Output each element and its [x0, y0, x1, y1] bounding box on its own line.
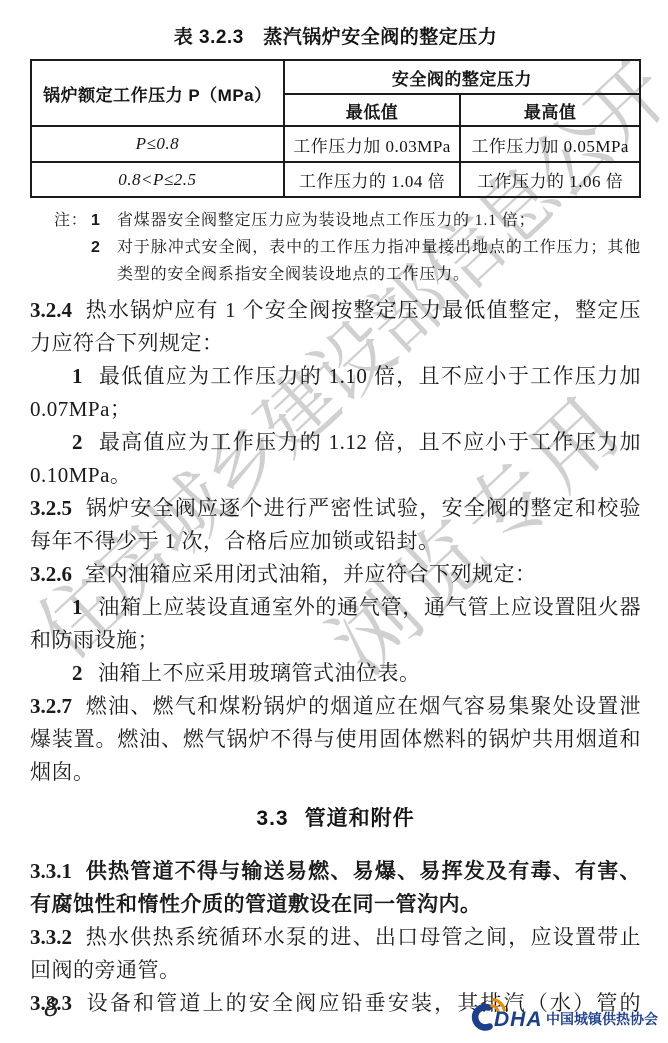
- clause-text: 供热管道不得与输送易燃、易爆、易挥发及有毒、有害、有腐蚀性和惰性介质的管道敷设在…: [30, 859, 641, 916]
- table-row: P≤0.8 工作压力加 0.03MPa 工作压力加 0.05MPa: [31, 126, 640, 162]
- table-header-rated-pressure: 锅炉额定工作压力 P（MPa）: [31, 60, 284, 126]
- clause-text: 燃油、燃气和煤粉锅炉的烟道应在烟气容易集聚处设置泄爆装置。燃油、燃气锅炉不得与使…: [30, 694, 641, 784]
- cell-min-value: 工作压力的 1.04 倍: [284, 162, 461, 197]
- table-note: 注： 1 省煤器安全阀整定压力应为装设地点工作压力的 1.1 倍；: [54, 207, 641, 234]
- cell-pressure-range: 0.8<P≤2.5: [31, 162, 284, 197]
- clause-3-2-6-item-2: 2油箱上不应采用玻璃管式油位表。: [30, 657, 641, 690]
- clause-number: 3.2.5: [30, 496, 72, 520]
- logo-c-mark: [475, 1007, 489, 1027]
- clause-3-2-4-item-1: 1最低值应为工作压力的 1.10 倍，且不应小于工作压力加 0.07MPa；: [30, 360, 641, 426]
- table-notes: 注： 1 省煤器安全阀整定压力应为装设地点工作压力的 1.1 倍； 2 对于脉冲…: [54, 207, 641, 288]
- clause-3-2-6: 3.2.6室内油箱应采用闭式油箱，并应符合下列规定：: [30, 558, 641, 591]
- cell-max-value: 工作压力的 1.06 倍: [460, 162, 640, 197]
- clause-3-2-4: 3.2.4热水锅炉应有 1 个安全阀按整定压力最低值整定，整定压力应符合下列规定…: [30, 294, 641, 360]
- item-text: 油箱上应装设直通室外的通气管，通气管上应设置阻火器和防雨设施；: [30, 595, 641, 652]
- section-title: 管道和附件: [305, 807, 415, 830]
- item-text: 油箱上不应采用玻璃管式油位表。: [98, 661, 421, 685]
- page-number: 8: [44, 994, 59, 1022]
- clause-text: 热水供热系统循环水泵的进、出口母管之间，应设置带止回阀的旁通管。: [30, 925, 641, 982]
- note-number: 1: [91, 207, 117, 234]
- page-content: 表 3.2.3 蒸汽锅炉安全阀的整定压力 锅炉额定工作压力 P（MPa） 安全阀…: [0, 0, 668, 1020]
- cell-pressure-range: P≤0.8: [31, 126, 284, 162]
- note-label: 注：: [54, 207, 91, 234]
- clauses-block: 3.2.4热水锅炉应有 1 个安全阀按整定压力最低值整定，整定压力应符合下列规定…: [30, 294, 641, 1020]
- clause-number: 3.3.2: [30, 925, 72, 949]
- item-text: 最高值应为工作压力的 1.12 倍，且不应小于工作压力加 0.10MPa。: [30, 430, 641, 487]
- clause-number: 3.2.4: [30, 298, 72, 322]
- clause-number: 3.3.1: [30, 859, 72, 883]
- item-number: 1: [72, 595, 83, 619]
- setting-pressure-table: 锅炉额定工作压力 P（MPa） 安全阀的整定压力 最低值 最高值 P≤0.8 工…: [30, 59, 641, 198]
- table-note: 2 对于脉冲式安全阀，表中的工作压力指冲量接出地点的工作压力；其他类型的安全阀系…: [54, 234, 641, 288]
- logo-abbr-text: DHA: [494, 1008, 543, 1031]
- section-heading-3-3: 3.3管道和附件: [30, 802, 641, 832]
- table-title: 表 3.2.3 蒸汽锅炉安全阀的整定压力: [30, 22, 641, 49]
- table-header-min: 最低值: [284, 94, 461, 126]
- document-page: 住房城乡建设部信息公开 浏览专用 表 3.2.3 蒸汽锅炉安全阀的整定压力 锅炉…: [0, 0, 668, 1043]
- clause-number: 3.2.7: [30, 694, 72, 718]
- item-number: 2: [72, 661, 83, 685]
- section-number: 3.3: [256, 807, 288, 830]
- clause-text: 热水锅炉应有 1 个安全阀按整定压力最低值整定，整定压力应符合下列规定：: [30, 298, 641, 355]
- logo-name-text: 中国城镇供热协会: [546, 1011, 658, 1027]
- note-text: 省煤器安全阀整定压力应为装设地点工作压力的 1.1 倍；: [117, 207, 641, 234]
- clause-3-3-2: 3.3.2热水供热系统循环水泵的进、出口母管之间，应设置带止回阀的旁通管。: [30, 921, 641, 987]
- table-header-max: 最高值: [460, 94, 640, 126]
- note-number: 2: [91, 234, 117, 261]
- table-header-group: 安全阀的整定压力: [284, 60, 640, 94]
- clause-text: 室内油箱应采用闭式油箱，并应符合下列规定：: [85, 562, 537, 586]
- clause-3-2-4-item-2: 2最高值应为工作压力的 1.12 倍，且不应小于工作压力加 0.10MPa。: [30, 426, 641, 492]
- china-heating-association-logo: DHA 中国城镇供热协会: [464, 997, 660, 1035]
- cell-min-value: 工作压力加 0.03MPa: [284, 126, 461, 162]
- clause-3-3-1: 3.3.1供热管道不得与输送易燃、易爆、易挥发及有毒、有害、有腐蚀性和惰性介质的…: [30, 855, 641, 921]
- clause-number: 3.2.6: [30, 562, 72, 586]
- item-text: 最低值应为工作压力的 1.10 倍，且不应小于工作压力加 0.07MPa；: [30, 364, 641, 421]
- cell-max-value: 工作压力加 0.05MPa: [460, 126, 640, 162]
- clause-3-2-6-item-1: 1油箱上应装设直通室外的通气管，通气管上应设置阻火器和防雨设施；: [30, 591, 641, 657]
- item-number: 2: [72, 430, 83, 454]
- clause-text: 锅炉安全阀应逐个进行严密性试验，安全阀的整定和校验每年不得少于 1 次，合格后应…: [30, 496, 641, 553]
- note-text: 对于脉冲式安全阀，表中的工作压力指冲量接出地点的工作压力；其他类型的安全阀系指安…: [117, 234, 641, 288]
- cdha-logo-graphic: DHA 中国城镇供热协会: [464, 997, 660, 1035]
- item-number: 1: [72, 364, 83, 388]
- clause-3-2-7: 3.2.7燃油、燃气和煤粉锅炉的烟道应在烟气容易集聚处设置泄爆装置。燃油、燃气锅…: [30, 690, 641, 789]
- table-row: 0.8<P≤2.5 工作压力的 1.04 倍 工作压力的 1.06 倍: [31, 162, 640, 197]
- clause-3-2-5: 3.2.5锅炉安全阀应逐个进行严密性试验，安全阀的整定和校验每年不得少于 1 次…: [30, 492, 641, 558]
